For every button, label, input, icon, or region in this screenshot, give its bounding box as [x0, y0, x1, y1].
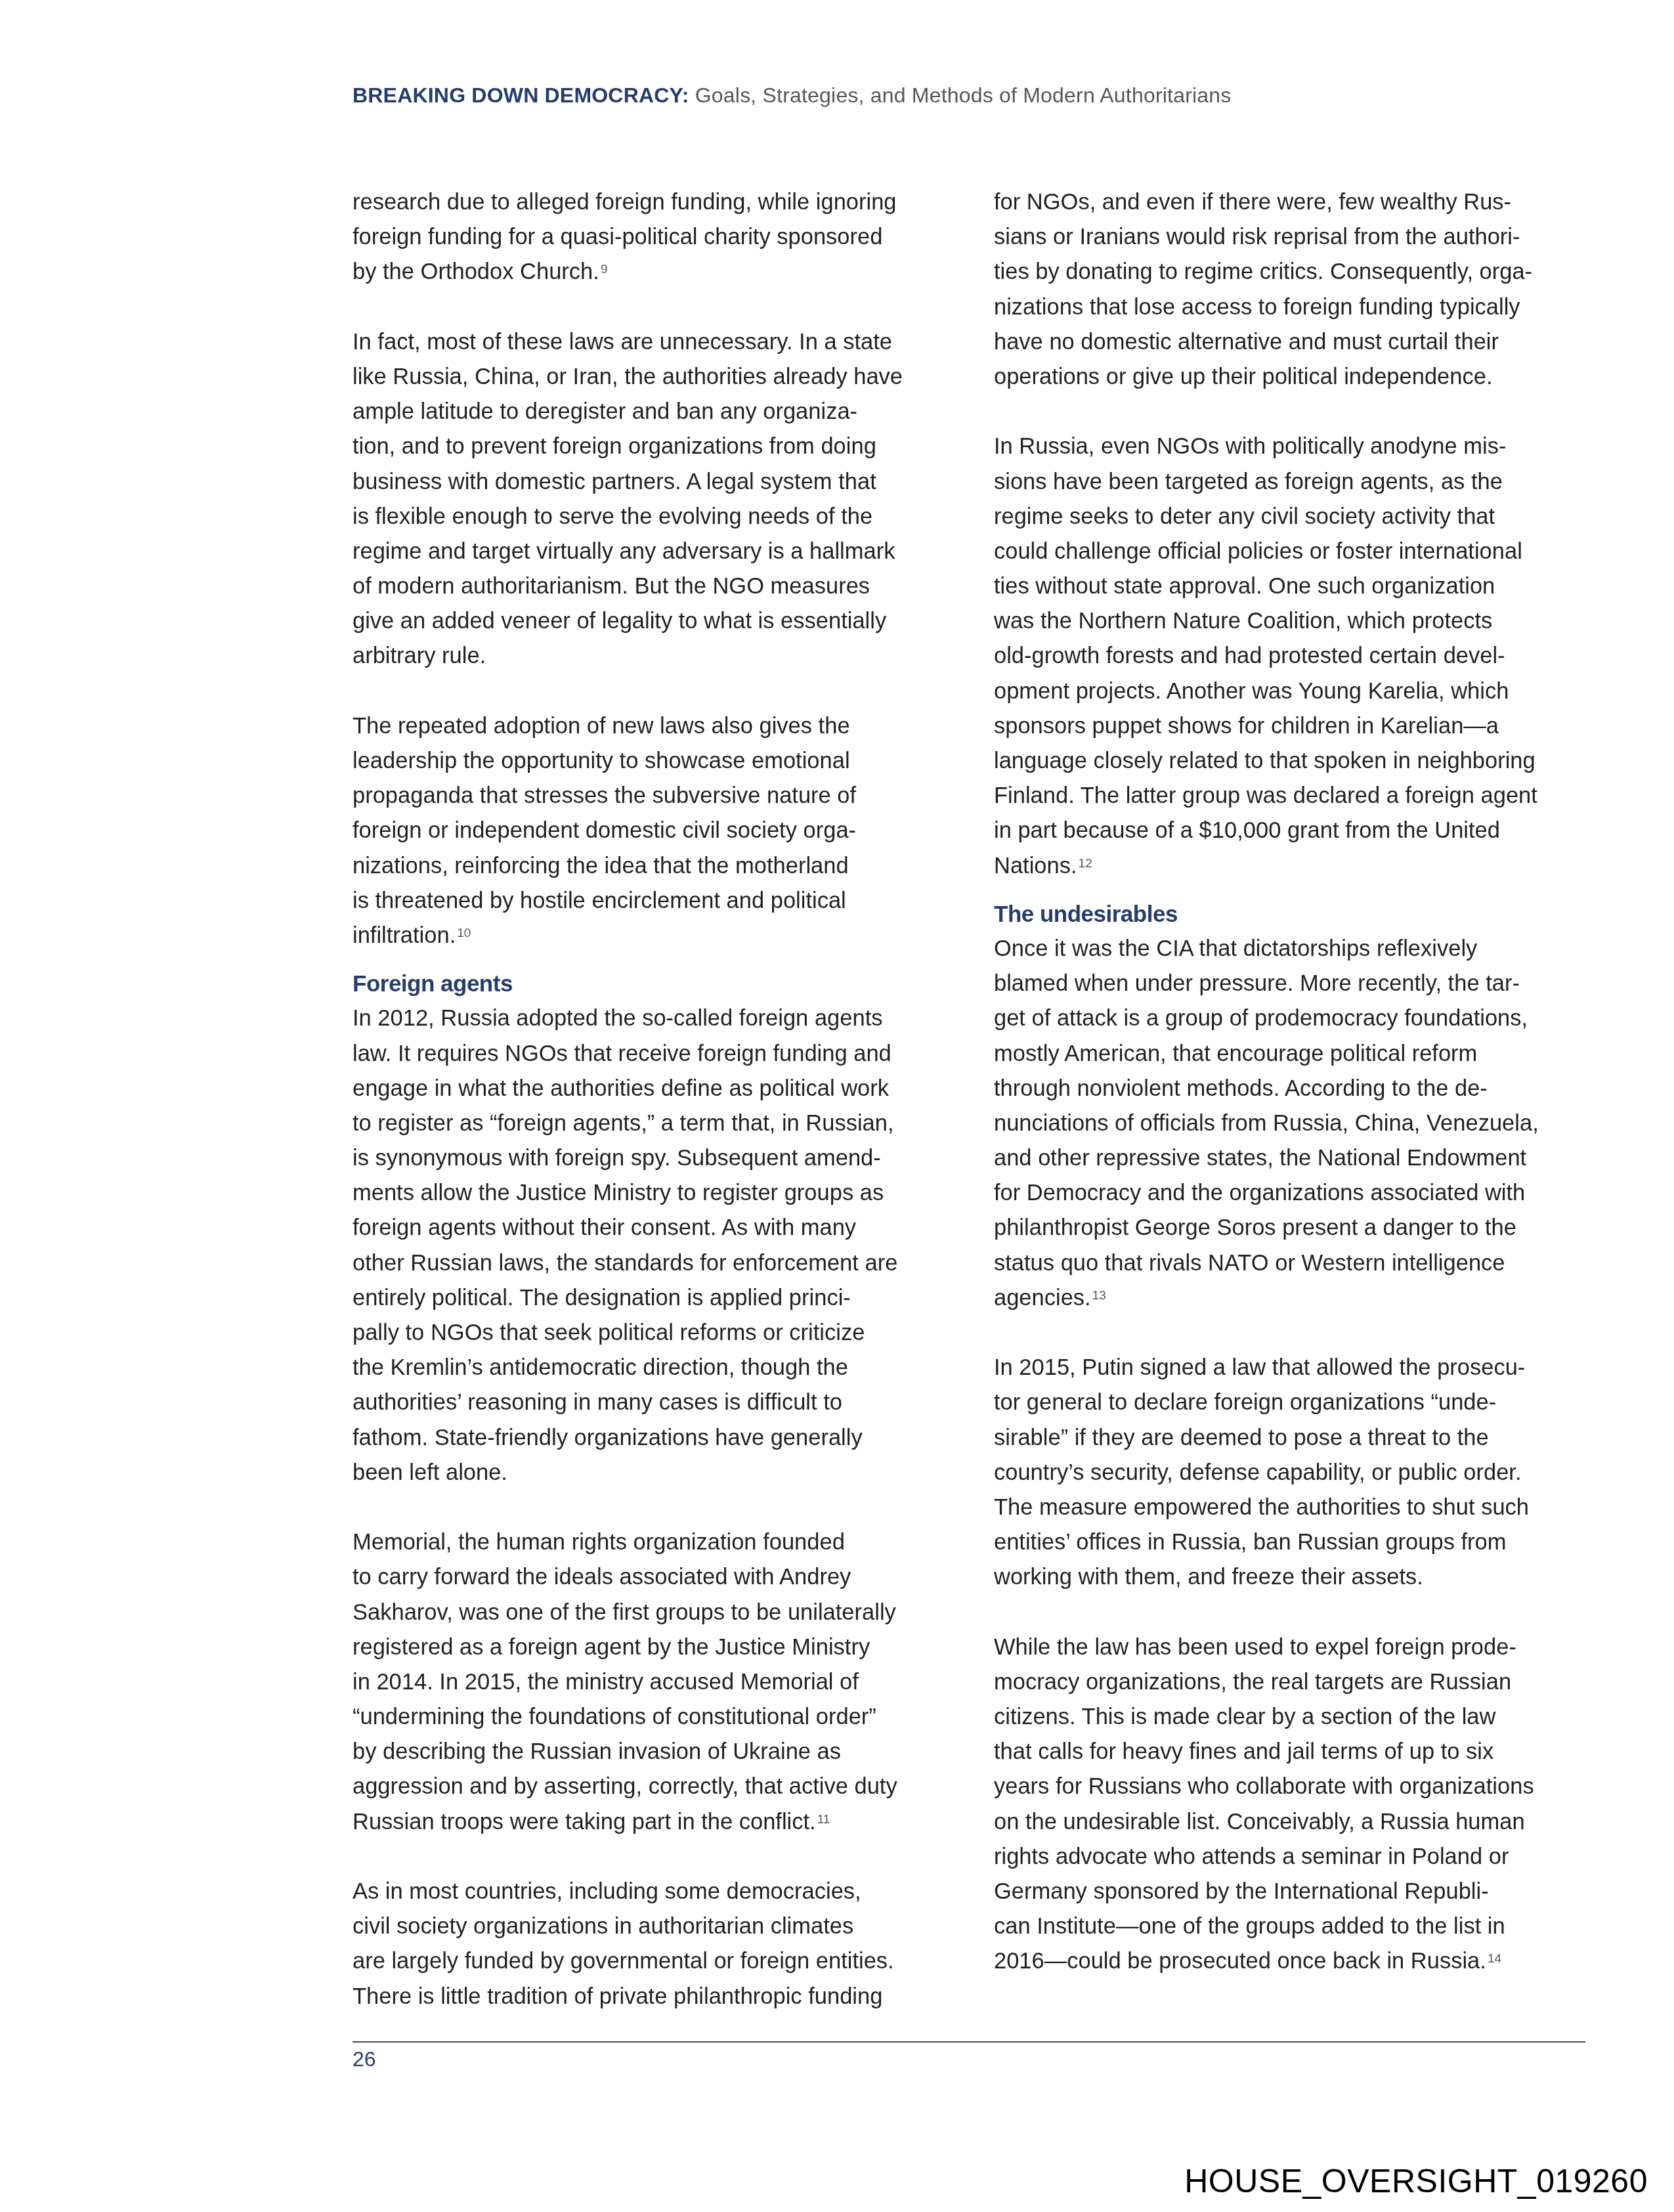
text-line: the Kremlin’s antidemocratic direction, … [353, 1351, 943, 1385]
text-line: While the law has been used to expel for… [994, 1630, 1598, 1665]
text-line: There is little tradition of private phi… [353, 1980, 943, 2014]
text-line: ties without state approval. One such or… [994, 569, 1598, 604]
text-line: philanthropist George Soros present a da… [994, 1211, 1598, 1246]
text-line: Memorial, the human rights organization … [353, 1525, 943, 1560]
text-line: could challenge official policies or fos… [994, 534, 1598, 569]
text-line: nunciations of officials from Russia, Ch… [994, 1106, 1598, 1141]
text-line: for Democracy and the organizations asso… [994, 1176, 1598, 1211]
text-line: foreign or independent domestic civil so… [353, 813, 943, 848]
text-line: foreign funding for a quasi-political ch… [353, 220, 943, 255]
text-line: by the Orthodox Church.9 [353, 255, 943, 290]
text-line: business with domestic partners. A legal… [353, 465, 943, 500]
text-line: sions have been targeted as foreign agen… [994, 465, 1598, 500]
text-line: are largely funded by governmental or fo… [353, 1944, 943, 1979]
text-line: agencies.13 [994, 1281, 1598, 1316]
right-column: for NGOs, and even if there were, few we… [994, 185, 1598, 2014]
text-line: Finland. The latter group was declared a… [994, 779, 1598, 813]
paragraph: In 2015, Putin signed a law that allowed… [994, 1351, 1598, 1595]
text-line: aggression and by asserting, correctly, … [353, 1769, 943, 1804]
text-line: ample latitude to deregister and ban any… [353, 395, 943, 429]
text-line: have no domestic alternative and must cu… [994, 325, 1598, 360]
paragraph: While the law has been used to expel for… [994, 1630, 1598, 1980]
text-line: In 2015, Putin signed a law that allowed… [994, 1351, 1598, 1385]
text-line: for NGOs, and even if there were, few we… [994, 185, 1598, 220]
text-line: ties by donating to regime critics. Cons… [994, 255, 1598, 290]
text-line: 2016—could be prosecuted once back in Ru… [994, 1944, 1598, 1979]
footnote-ref[interactable]: 12 [1079, 857, 1092, 871]
paragraph: The repeated adoption of new laws also g… [353, 709, 943, 953]
text-line: entirely political. The designation is a… [353, 1281, 943, 1316]
report-title: BREAKING DOWN DEMOCRACY: [353, 83, 689, 107]
text-line: Nations.12 [994, 849, 1598, 884]
text-line: old-growth forests and had protested cer… [994, 639, 1598, 674]
footnote-ref[interactable]: 11 [817, 1813, 830, 1827]
text-line: tion, and to prevent foreign organizatio… [353, 429, 943, 464]
text-line: propaganda that stresses the subversive … [353, 779, 943, 813]
section-heading-foreign-agents: Foreign agents [353, 966, 943, 1001]
text-line: authorities’ reasoning in many cases is … [353, 1385, 943, 1420]
text-line: operations or give up their political in… [994, 360, 1598, 395]
text-line: The repeated adoption of new laws also g… [353, 709, 943, 744]
text-line: to carry forward the ideals associated w… [353, 1560, 943, 1595]
text-line: regime and target virtually any adversar… [353, 534, 943, 569]
text-line: on the undesirable list. Conceivably, a … [994, 1805, 1598, 1840]
text-line: in 2014. In 2015, the ministry accused M… [353, 1665, 943, 1700]
paragraph: Once it was the CIA that dictatorships r… [994, 932, 1598, 1316]
text-line: Russian troops were taking part in the c… [353, 1805, 943, 1840]
footer-divider [353, 2041, 1585, 2043]
footnote-ref[interactable]: 9 [601, 263, 608, 276]
text-line: arbitrary rule. [353, 639, 943, 674]
text-line: law. It requires NGOs that receive forei… [353, 1037, 943, 1072]
text-line: country’s security, defense capability, … [994, 1456, 1598, 1490]
text-line: In 2012, Russia adopted the so-called fo… [353, 1001, 943, 1036]
text-line: mostly American, that encourage politica… [994, 1037, 1598, 1072]
text-line: sians or Iranians would risk reprisal fr… [994, 220, 1598, 255]
text-line: through nonviolent methods. According to… [994, 1072, 1598, 1106]
page-number: 26 [353, 2047, 376, 2071]
text-line: pally to NGOs that seek political reform… [353, 1316, 943, 1351]
text-line: was the Northern Nature Coalition, which… [994, 604, 1598, 639]
text-line: fathom. State-friendly organizations hav… [353, 1421, 943, 1456]
text-line: foreign agents without their consent. As… [353, 1211, 943, 1246]
left-column: research due to alleged foreign funding,… [353, 185, 943, 2049]
footnote-ref[interactable]: 14 [1488, 1952, 1501, 1966]
text-line: like Russia, China, or Iran, the authori… [353, 360, 943, 395]
text-line: is flexible enough to serve the evolving… [353, 500, 943, 534]
text-line: rights advocate who attends a seminar in… [994, 1840, 1598, 1875]
section-heading-undesirables: The undesirables [994, 897, 1598, 932]
running-header: BREAKING DOWN DEMOCRACY: Goals, Strategi… [353, 83, 1232, 108]
paragraph: research due to alleged foreign funding,… [353, 185, 943, 290]
text-line: engage in what the authorities define as… [353, 1072, 943, 1106]
text-line: is synonymous with foreign spy. Subseque… [353, 1141, 943, 1176]
text-line: language closely related to that spoken … [994, 744, 1598, 779]
text-line: years for Russians who collaborate with … [994, 1769, 1598, 1804]
text-line: “undermining the foundations of constitu… [353, 1700, 943, 1735]
text-line: mocracy organizations, the real targets … [994, 1665, 1598, 1700]
paragraph: In fact, most of these laws are unnecess… [353, 325, 943, 674]
text-line: Once it was the CIA that dictatorships r… [994, 932, 1598, 966]
text-line: is threatened by hostile encirclement an… [353, 884, 943, 919]
text-line: infiltration.10 [353, 919, 943, 953]
text-line: nizations, reinforcing the idea that the… [353, 849, 943, 884]
text-line: sponsors puppet shows for children in Ka… [994, 709, 1598, 744]
paragraph: Memorial, the human rights organization … [353, 1525, 943, 1840]
text-line: other Russian laws, the standards for en… [353, 1246, 943, 1281]
paragraph: In 2012, Russia adopted the so-called fo… [353, 1001, 943, 1490]
text-line: ments allow the Justice Ministry to regi… [353, 1176, 943, 1211]
text-line: registered as a foreign agent by the Jus… [353, 1630, 943, 1665]
text-line: blamed when under pressure. More recentl… [994, 966, 1598, 1001]
text-line: of modern authoritarianism. But the NGO … [353, 569, 943, 604]
text-line: been left alone. [353, 1456, 943, 1490]
text-line: opment projects. Another was Young Karel… [994, 674, 1598, 709]
text-line: leadership the opportunity to showcase e… [353, 744, 943, 779]
text-line: sirable” if they are deemed to pose a th… [994, 1421, 1598, 1456]
text-line: entities’ offices in Russia, ban Russian… [994, 1525, 1598, 1560]
text-line: by describing the Russian invasion of Uk… [353, 1735, 943, 1769]
text-line: nizations that lose access to foreign fu… [994, 290, 1598, 325]
text-line: give an added veneer of legality to what… [353, 604, 943, 639]
text-line: Sakharov, was one of the first groups to… [353, 1595, 943, 1630]
text-line: that calls for heavy fines and jail term… [994, 1735, 1598, 1769]
bates-stamp: HOUSE_OVERSIGHT_019260 [1184, 2162, 1648, 2200]
text-line: working with them, and freeze their asse… [994, 1560, 1598, 1595]
text-line: research due to alleged foreign funding,… [353, 185, 943, 220]
text-line: to register as “foreign agents,” a term … [353, 1106, 943, 1141]
text-line: civil society organizations in authorita… [353, 1909, 943, 1944]
footnote-ref[interactable]: 13 [1092, 1289, 1106, 1303]
paragraph: In Russia, even NGOs with politically an… [994, 429, 1598, 883]
footnote-ref[interactable]: 10 [457, 926, 471, 940]
text-line: status quo that rivals NATO or Western i… [994, 1246, 1598, 1281]
text-line: In fact, most of these laws are unnecess… [353, 325, 943, 360]
text-line: The measure empowered the authorities to… [994, 1490, 1598, 1525]
text-line: tor general to declare foreign organizat… [994, 1385, 1598, 1420]
text-line: In Russia, even NGOs with politically an… [994, 429, 1598, 464]
paragraph: As in most countries, including some dem… [353, 1875, 943, 2014]
paragraph: for NGOs, and even if there were, few we… [994, 185, 1598, 395]
report-subtitle: Goals, Strategies, and Methods of Modern… [695, 83, 1232, 107]
text-line: As in most countries, including some dem… [353, 1875, 943, 1909]
text-line: citizens. This is made clear by a sectio… [994, 1700, 1598, 1735]
text-line: regime seeks to deter any civil society … [994, 500, 1598, 534]
text-line: get of attack is a group of prodemocracy… [994, 1001, 1598, 1036]
text-line: and other repressive states, the Nationa… [994, 1141, 1598, 1176]
text-line: can Institute—one of the groups added to… [994, 1909, 1598, 1944]
text-line: Germany sponsored by the International R… [994, 1875, 1598, 1909]
text-line: in part because of a $10,000 grant from … [994, 813, 1598, 848]
